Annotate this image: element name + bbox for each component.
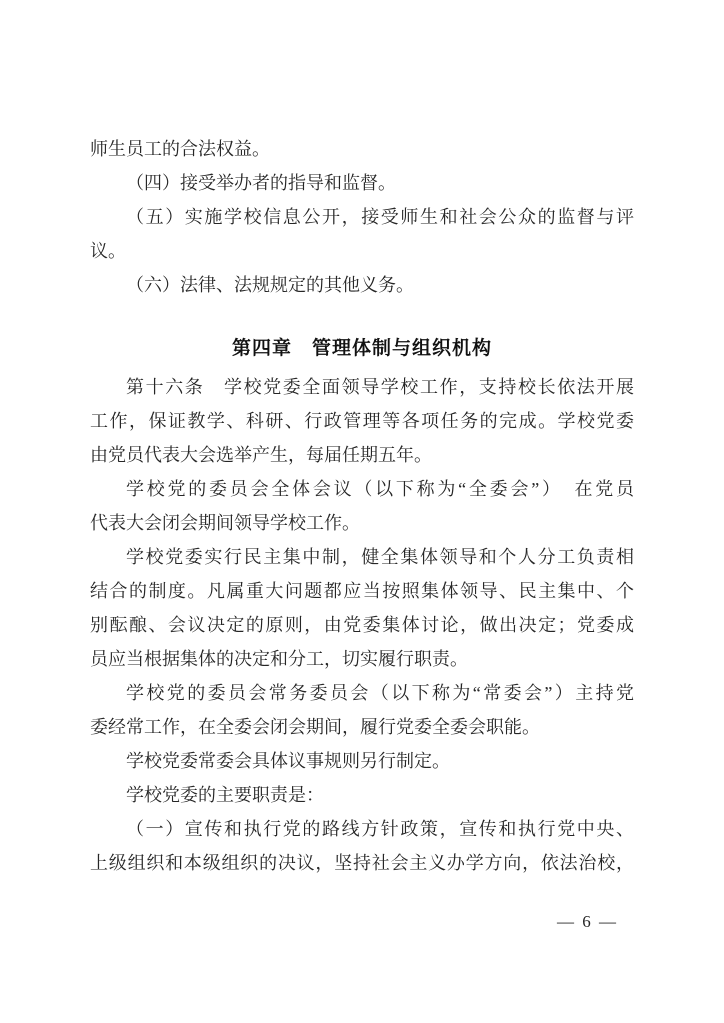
text-line: （四）接受举办者的指导和监督。 [90, 166, 634, 200]
text-line: 学校党的委员会全体会议（以下称为“全委会”） 在党员 [90, 472, 634, 506]
text-line: 学校党委的主要职责是： [90, 778, 634, 812]
text-line: 学校党的委员会常务委员会（以下称为“常委会”）主持党 [90, 676, 634, 710]
text-line: 上级组织和本级组织的决议，坚持社会主义办学方向，依法治校， [90, 846, 634, 880]
text-line: 学校党委实行民主集中制，健全集体领导和个人分工负责相 [90, 540, 634, 574]
text-line: 结合的制度。凡属重大问题都应当按照集体领导、民主集中、个 [90, 574, 634, 608]
chapter-heading: 第四章 管理体制与组织机构 [90, 332, 634, 366]
text-line: 代表大会闭会期间领导学校工作。 [90, 506, 634, 540]
page-number: — 6 — [557, 910, 618, 934]
text-line: 员应当根据集体的决定和分工，切实履行职责。 [90, 642, 634, 676]
text-line: 别酝酿、会议决定的原则，由党委集体讨论，做出决定；党委成 [90, 608, 634, 642]
text-line: 学校党委常委会具体议事规则另行制定。 [90, 744, 634, 778]
text-line: 由党员代表大会选举产生，每届任期五年。 [90, 438, 634, 472]
document-lines: 师生员工的合法权益。（四）接受举办者的指导和监督。（五）实施学校信息公开，接受师… [90, 132, 634, 880]
text-line: 第十六条 学校党委全面领导学校工作，支持校长依法开展 [90, 370, 634, 404]
text-line: 师生员工的合法权益。 [90, 132, 634, 166]
text-line: （六）法律、法规规定的其他义务。 [90, 268, 634, 302]
text-line: 工作，保证教学、科研、行政管理等各项任务的完成。学校党委 [90, 404, 634, 438]
text-line: （一）宣传和执行党的路线方针政策，宣传和执行党中央、 [90, 812, 634, 846]
document-page: 师生员工的合法权益。（四）接受举办者的指导和监督。（五）实施学校信息公开，接受师… [0, 0, 724, 1023]
text-line: （五）实施学校信息公开，接受师生和社会公众的监督与评 [90, 200, 634, 234]
text-line: 委经常工作，在全委会闭会期间，履行党委全委会职能。 [90, 710, 634, 744]
text-line: 议。 [90, 234, 634, 268]
